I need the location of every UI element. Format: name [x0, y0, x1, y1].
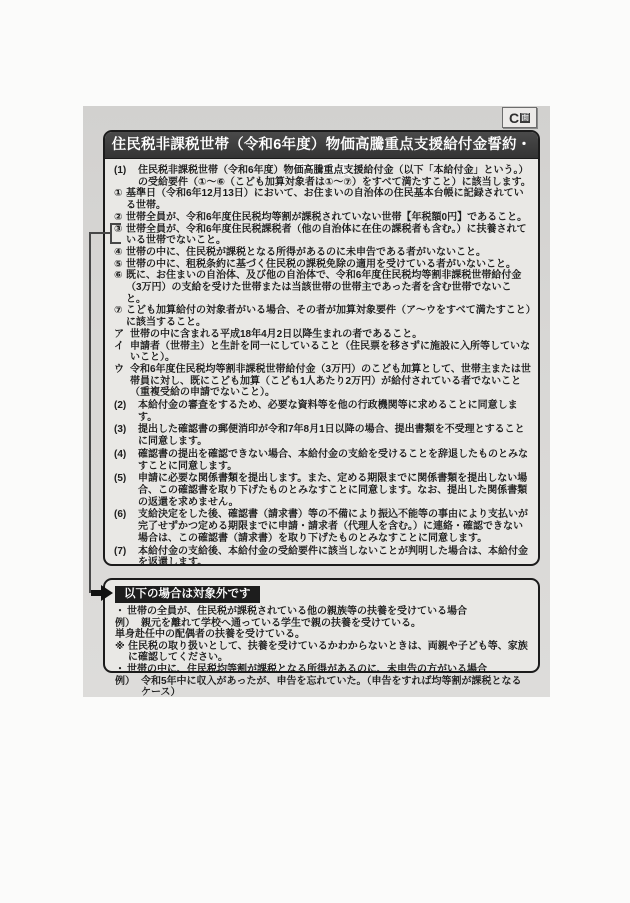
condition-text: 世帯の中に、住民税が課税となる所得があるのに未申告である者がいないこと。 [126, 247, 486, 258]
condition-marker: ① [114, 188, 126, 200]
connector-arrow-tail [91, 590, 101, 596]
subcondition-text: 世帯の中に含まれる平成18年4月2日以降生まれの者であること。 [130, 329, 422, 340]
example-marker: 例） [115, 676, 141, 688]
subcondition-marker: ア [114, 329, 130, 341]
connector-mid-line [89, 232, 111, 234]
clause-text: 本給付金の支給後、本給付金の受給要件に該当しないことが判明した場合は、本給付金を… [138, 546, 528, 567]
clause-text: 住民税非課税世帯（令和6年度）物価高騰重点支援給付金（以下「本給付金」という。）… [138, 165, 531, 188]
clause-marker: (7) [114, 546, 138, 558]
exclusion-box: 以下の場合は対象外です ・世帯の全員が、住民税が課税されている他の親族等の扶養を… [103, 578, 540, 673]
clause-3: (3)提出した確認書の郵便消印が令和7年8月1日以降の場合、提出書類を不受理とす… [114, 424, 531, 447]
clause-marker: (5) [114, 473, 138, 485]
condition-marker: ② [114, 212, 126, 224]
subcondition-marker: イ [114, 341, 130, 353]
clause-text: 支給決定をした後、確認書（請求書）等の不備により振込不能等の事由により支払いが完… [138, 509, 528, 543]
bullet-text: 世帯の中に、住民税均等割が課税となる所得があるのに、未申告の方がいる場合 [127, 664, 487, 675]
arrow-right-icon [101, 585, 113, 601]
condition-marker: ⑥ [114, 270, 126, 282]
clause-marker: (4) [114, 449, 138, 461]
clause-5: (5)申請に必要な関係書類を提出します。また、定める期限までに関係書類を提出しな… [114, 473, 531, 508]
exclusion-example-1: 例）親元を離れて学校へ通っている学生で親の扶養を受けている。 [115, 618, 530, 630]
scanned-sheet: C 面 住民税非課税世帯（令和6年度）物価高騰重点支援給付金誓約・同意事項 (1… [83, 106, 550, 697]
condition-7: ⑦こども加算給付の対象者がいる場合、その者が加算対象要件（ア～ウをすべて満たすこ… [114, 305, 531, 328]
condition-text: 既に、お住まいの自治体、及び他の自治体で、令和6年度住民税均等割非課税世帯給付金… [126, 270, 521, 304]
page: C 面 住民税非課税世帯（令和6年度）物価高騰重点支援給付金誓約・同意事項 (1… [0, 0, 630, 903]
condition-marker: ⑦ [114, 305, 126, 317]
connector-vertical-line [89, 232, 91, 593]
subcondition-marker: ウ [114, 364, 130, 376]
condition-bracket [110, 223, 121, 244]
pledge-consent-box: 住民税非課税世帯（令和6年度）物価高騰重点支援給付金誓約・同意事項 (1)住民税… [103, 130, 540, 566]
exclusion-bullet-2: ・世帯の中に、住民税均等割が課税となる所得があるのに、未申告の方がいる場合 [115, 664, 530, 676]
subcondition-a: ア世帯の中に含まれる平成18年4月2日以降生まれの者であること。 [114, 329, 531, 341]
exclusion-example-2: 例）令和5年中に収入があったが、申告を忘れていた。（申告をすれば均等割が課税とな… [115, 676, 530, 699]
condition-4: ④世帯の中に、住民税が課税となる所得があるのに未申告である者がいないこと。 [114, 247, 531, 259]
exclusion-example-1b: 単身赴任中の配偶者の扶養を受けている。 [115, 629, 530, 641]
exclusion-note: ※住民税の取り扱いとして、扶養を受けているかわからないときは、両親や子ども等、家… [115, 641, 530, 664]
example-marker: 例） [115, 618, 141, 630]
subcondition-u: ウ令和6年度住民税均等割非課税世帯給付金（3万円）のこども加算として、世帯主また… [114, 364, 531, 399]
pledge-box-title: 住民税非課税世帯（令和6年度）物価高騰重点支援給付金誓約・同意事項 [105, 132, 538, 159]
bullet-marker: ・ [115, 606, 127, 618]
clause-6: (6)支給決定をした後、確認書（請求書）等の不備により振込不能等の事由により支払… [114, 509, 531, 544]
subcondition-i: イ申請者（世帯主）と生計を同一にしていること（住民票を移さずに施設に入所等してい… [114, 341, 531, 364]
clause-1: (1)住民税非課税世帯（令和6年度）物価高騰重点支援給付金（以下「本給付金」とい… [114, 165, 531, 188]
condition-text: 世帯全員が、令和6年度住民税均等割が課税されていない世帯【年税額0円】であること… [126, 212, 527, 223]
condition-marker: ④ [114, 247, 126, 259]
clause-4: (4)確認書の提出を確認できない場合、本給付金の支給を受けることを辞退したものと… [114, 449, 531, 472]
clause-marker: (3) [114, 424, 138, 436]
clause-marker: (1) [114, 165, 138, 177]
exclusion-bullet-1: ・世帯の全員が、住民税が課税されている他の親族等の扶養を受けている場合 [115, 606, 530, 618]
condition-marker: ⑤ [114, 259, 126, 271]
clause-text: 申請に必要な関係書類を提出します。また、定める期限までに関係書類を提出しない場合… [138, 473, 527, 507]
subcondition-text: 令和6年度住民税均等割非課税世帯給付金（3万円）のこども加算として、世帯主または… [130, 364, 531, 398]
clause-text: 提出した確認書の郵便消印が令和7年8月1日以降の場合、提出書類を不受理とすること… [138, 424, 525, 447]
side-label-suffix: 面 [520, 113, 530, 123]
condition-2: ②世帯全員が、令和6年度住民税均等割が課税されていない世帯【年税額0円】であるこ… [114, 212, 531, 224]
note-marker: ※ [115, 641, 128, 653]
note-text: 住民税の取り扱いとして、扶養を受けているかわからないときは、両親や子ども等、家族… [128, 641, 528, 664]
condition-6: ⑥既に、お住まいの自治体、及び他の自治体で、令和6年度住民税均等割非課税世帯給付… [114, 270, 531, 305]
condition-3: ③世帯全員が、令和6年度住民税課税者（他の自治体に在住の課税者も含む。）に扶養さ… [114, 224, 531, 247]
condition-5: ⑤世帯の中に、租税条約に基づく住民税の課税免除の適用を受けている者がいないこと。 [114, 259, 531, 271]
side-label-letter: C [509, 111, 519, 125]
clause-marker: (6) [114, 509, 138, 521]
pledge-box-body: (1)住民税非課税世帯（令和6年度）物価高騰重点支援給付金（以下「本給付金」とい… [105, 159, 538, 566]
exclusion-badge: 以下の場合は対象外です [115, 586, 260, 603]
subcondition-text: 申請者（世帯主）と生計を同一にしていること（住民票を移さずに施設に入所等していな… [130, 341, 530, 364]
example-text: 令和5年中に収入があったが、申告を忘れていた。（申告をすれば均等割が課税となるケ… [141, 676, 521, 699]
bullet-marker: ・ [115, 664, 127, 676]
bullet-text: 世帯の全員が、住民税が課税されている他の親族等の扶養を受けている場合 [127, 606, 467, 617]
page-side-badge: C 面 [502, 107, 537, 128]
clause-text: 確認書の提出を確認できない場合、本給付金の支給を受けることを辞退したものとみなす… [138, 449, 528, 472]
clause-marker: (2) [114, 400, 138, 412]
example-text: 親元を離れて学校へ通っている学生で親の扶養を受けている。 [141, 618, 421, 629]
condition-text: 世帯の中に、租税条約に基づく住民税の課税免除の適用を受けている者がいないこと。 [126, 259, 516, 270]
condition-text: 基準日（令和6年12月13日）において、お住まいの自治体の住民基本台帳に記録され… [126, 188, 524, 211]
clause-text: 本給付金の審査をするため、必要な資料等を他の行政機関等に求めることに同意します。 [138, 400, 518, 423]
condition-1: ①基準日（令和6年12月13日）において、お住まいの自治体の住民基本台帳に記録さ… [114, 188, 531, 211]
condition-text: 世帯全員が、令和6年度住民税課税者（他の自治体に在住の課税者も含む。）に扶養され… [126, 224, 527, 247]
condition-text: こども加算給付の対象者がいる場合、その者が加算対象要件（ア～ウをすべて満たすこと… [126, 305, 531, 328]
clause-2: (2)本給付金の審査をするため、必要な資料等を他の行政機関等に求めることに同意し… [114, 400, 531, 423]
clause-7: (7)本給付金の支給後、本給付金の受給要件に該当しないことが判明した場合は、本給… [114, 546, 531, 567]
